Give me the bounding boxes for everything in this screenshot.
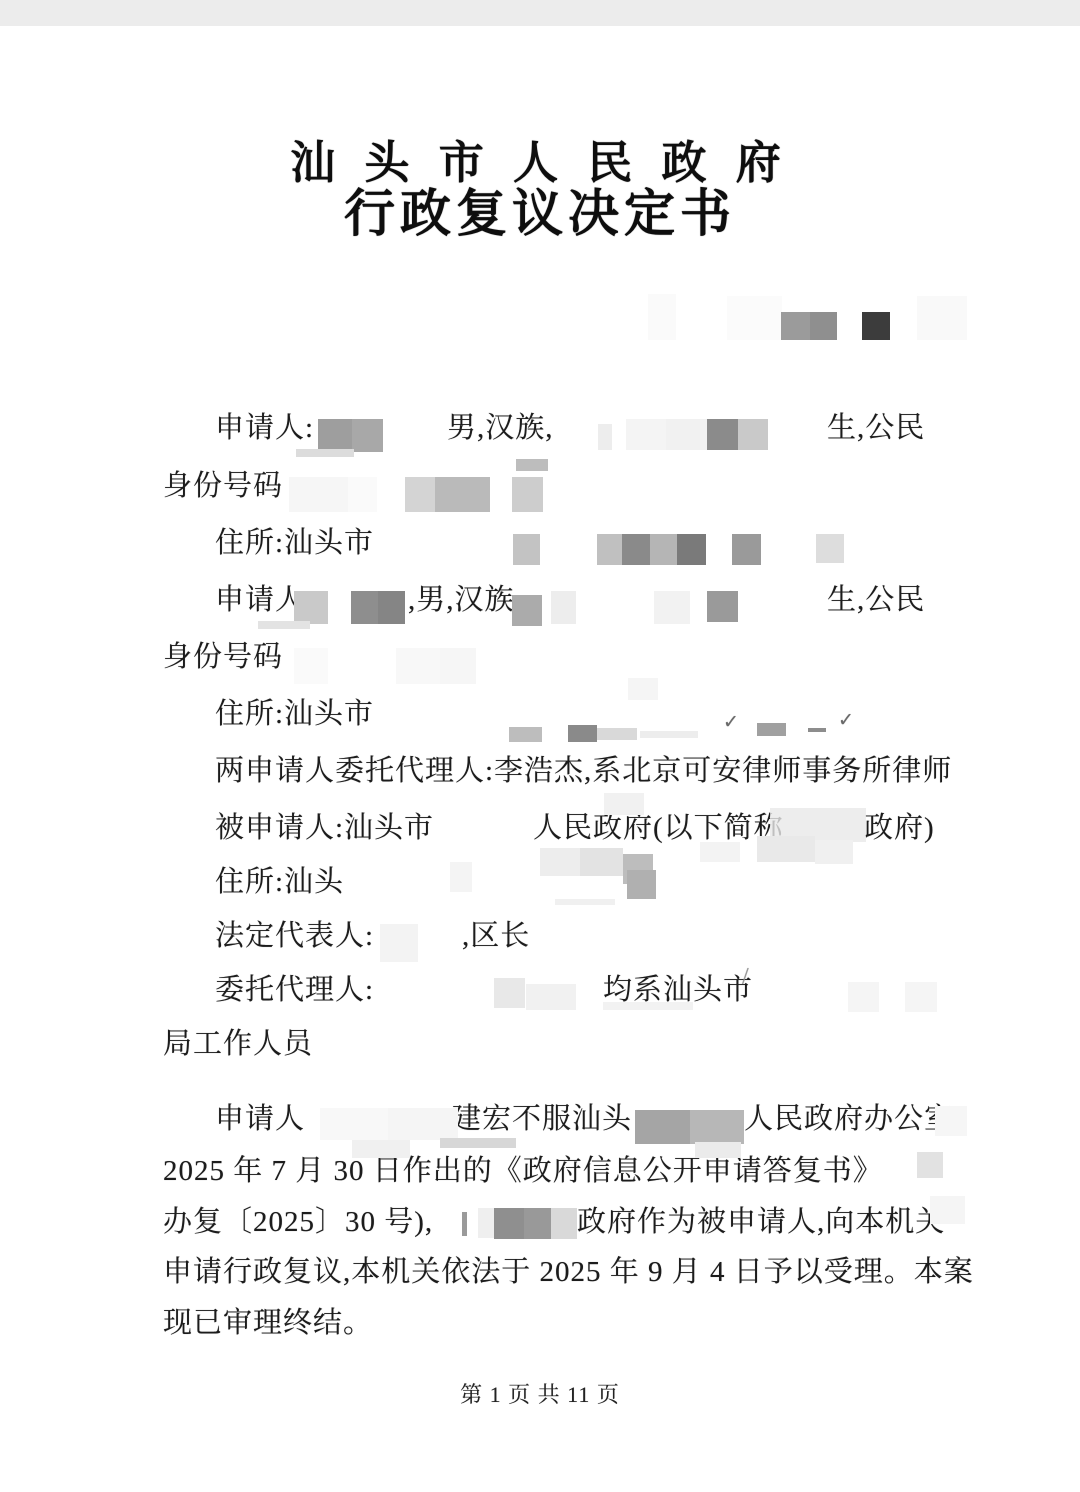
para-line1-a: 申请人 — [215, 1103, 305, 1136]
entrusted-agent-info: 均系汕头市 — [603, 974, 753, 1007]
scanned-document-page: 汕 头 市 人 民 政 府 行政复议决定书 申请人:男,汉族,生,公民身份号码住… — [0, 0, 1080, 1492]
legal-rep-label: 法定代表人: — [215, 920, 374, 953]
address-label-3: 住所:汕头 — [215, 866, 344, 899]
applicant1-label: 申请人: — [215, 412, 314, 445]
para-line1-c: 人民政府办公室 — [744, 1103, 954, 1136]
legal-rep-title: ,区长 — [462, 920, 530, 953]
scan-mark-slash: / — [742, 964, 750, 992]
applicant1-info: 男,汉族, — [447, 412, 554, 445]
text-layer: 申请人:男,汉族,生,公民身份号码住所:汕头市申请人,男,汉族生,公民身份号码住… — [0, 0, 1080, 1492]
para-line3-a: 办复〔2025〕30 号), — [163, 1206, 433, 1239]
address-label-1: 住所:汕头市 — [215, 527, 374, 560]
applicant2-info: ,男,汉族 — [408, 584, 515, 617]
para-line4: 申请行政复议,本机关依法于 2025 年 9 月 4 日予以受理。本案 — [163, 1256, 974, 1289]
respondent-info2: 政府) — [864, 812, 935, 845]
para-line2: 2025 年 7 月 30 日作出的《政府信息公开申请答复书》 — [163, 1155, 883, 1188]
id-number-label-2: 身份号码 — [163, 641, 283, 674]
para-line1-b: 建宏不服汕头 — [452, 1103, 632, 1136]
scan-tick-2: ✓ — [838, 710, 855, 732]
entrusted-agent-label: 委托代理人: — [215, 974, 374, 1007]
respondent-info: 人民政府(以下简称 — [533, 812, 784, 845]
agent-line: 两申请人委托代理人:李浩杰,系北京可安律师事务所律师 — [215, 755, 952, 788]
address-label-2: 住所:汕头市 — [215, 698, 374, 731]
scan-tick-1: ✓ — [723, 712, 740, 734]
applicant2-info2: 生,公民 — [827, 584, 925, 617]
para-line5: 现已审理终结。 — [163, 1307, 373, 1340]
id-number-label-1: 身份号码 — [163, 470, 283, 503]
respondent-label: 被申请人:汕头市 — [215, 812, 434, 845]
para-line3-b: 政府作为被申请人,向本机关 — [577, 1206, 945, 1239]
bureau-staff-line: 局工作人员 — [163, 1028, 313, 1061]
applicant2-label: 申请人 — [215, 584, 305, 617]
applicant1-info2: 生,公民 — [827, 412, 925, 445]
